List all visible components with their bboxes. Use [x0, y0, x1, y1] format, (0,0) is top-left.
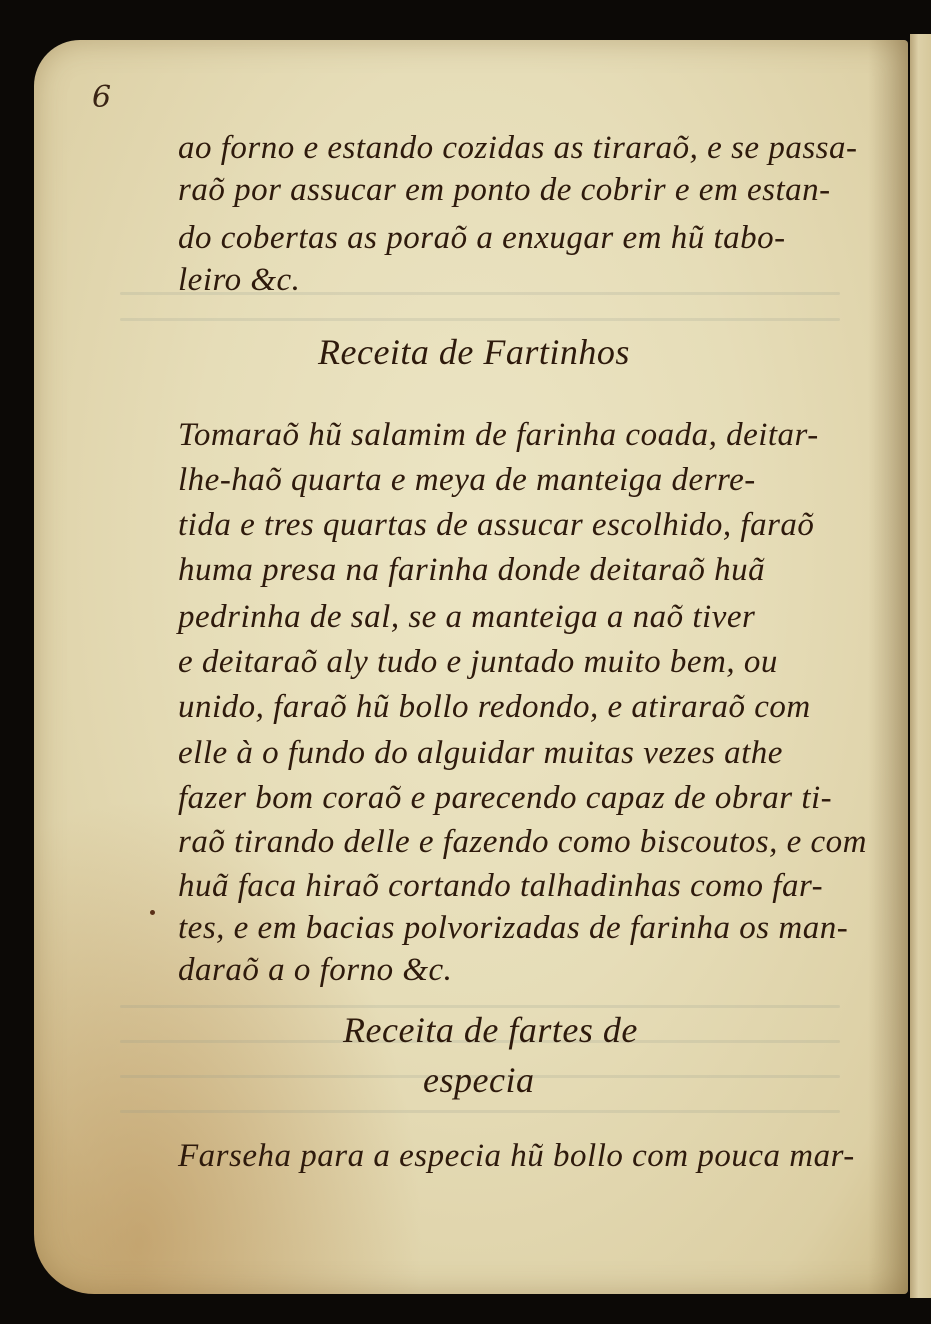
recipe-heading: Receita de Fartinhos [318, 330, 630, 374]
bleed-through-line [120, 1110, 840, 1113]
text-line: pedrinha de sal, se a manteiga a naõ tiv… [178, 597, 755, 637]
text-line: tida e tres quartas de assucar escolhido… [178, 505, 814, 545]
text-line: leiro &c. [178, 260, 300, 300]
adjacent-page-edge [910, 34, 931, 1298]
text-line: tes, e em bacias polvorizadas de farinha… [178, 908, 848, 948]
recipe-heading: especia [423, 1058, 534, 1102]
text-line: Farseha para a especia hũ bollo com pouc… [178, 1136, 855, 1176]
recipe-heading: Receita de fartes de [343, 1008, 638, 1052]
text-line: raõ por assucar em ponto de cobrir e em … [178, 170, 831, 210]
text-line: lhe-haõ quarta e meya de manteiga derre- [178, 460, 756, 500]
page-number: 6 [92, 80, 111, 115]
text-line: huma presa na farinha donde deitaraõ huã [178, 550, 765, 590]
text-line: e deitaraõ aly tudo e juntado muito bem,… [178, 642, 778, 682]
text-line: unido, faraõ hũ bollo redondo, e atirara… [178, 687, 811, 727]
gutter-shadow [868, 40, 908, 1294]
text-line: elle à o fundo do alguidar muitas vezes … [178, 733, 783, 773]
text-line: daraõ a o forno &c. [178, 950, 452, 990]
text-line: Tomaraõ hũ salamim de farinha coada, dei… [178, 415, 819, 455]
manuscript-scan: 6 ao forno e estando cozidas as tiraraõ,… [0, 0, 931, 1324]
margin-ink-dot [150, 910, 155, 915]
text-line: huã faca hiraõ cortando talhadinhas como… [178, 866, 823, 906]
text-line: ao forno e estando cozidas as tiraraõ, e… [178, 128, 858, 168]
text-line: fazer bom coraõ e parecendo capaz de obr… [178, 778, 832, 818]
text-line: do cobertas as poraõ a enxugar em hũ tab… [178, 218, 786, 258]
text-line: raõ tirando delle e fazendo como biscout… [178, 822, 867, 862]
bleed-through-line [120, 318, 840, 321]
